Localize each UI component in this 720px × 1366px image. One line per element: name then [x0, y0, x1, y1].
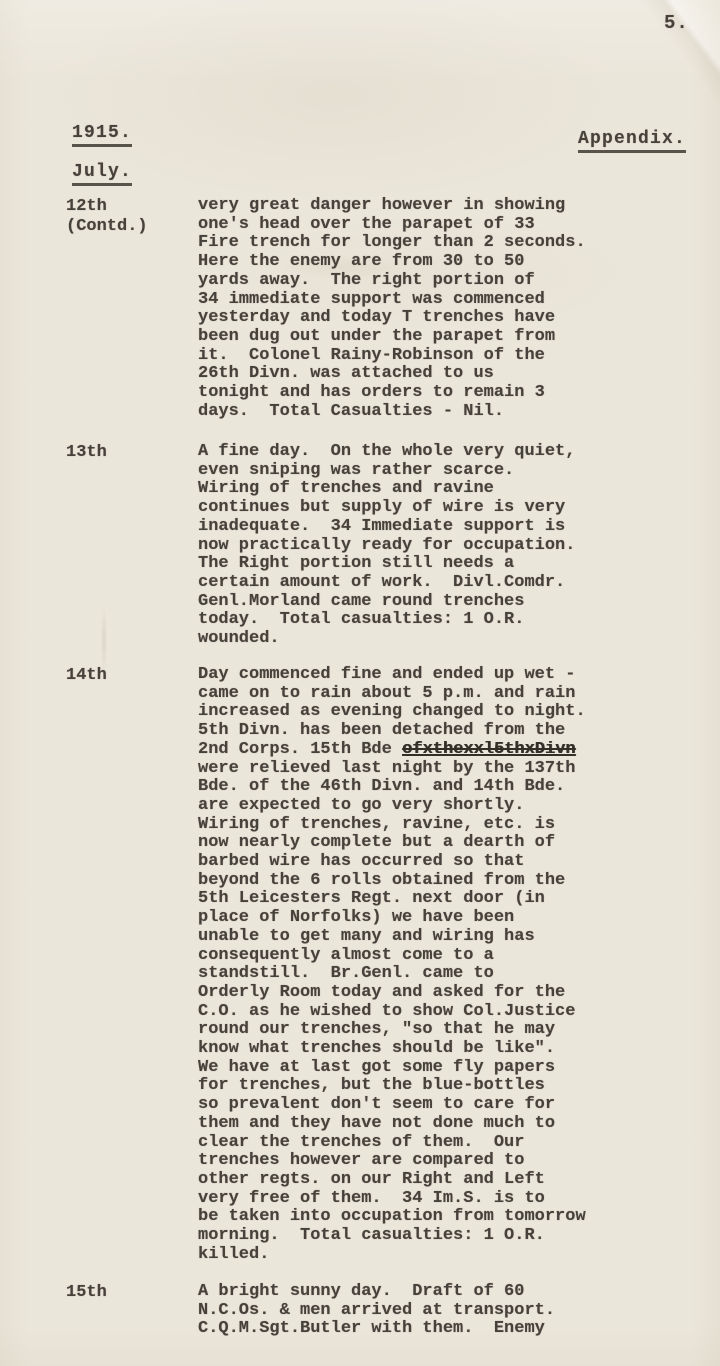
year-heading-text: 1915. [72, 123, 132, 147]
page-number: 5. [664, 12, 689, 34]
entry-date-label: 14th [66, 666, 107, 686]
entry-date-label: 12th (Contd.) [66, 197, 148, 236]
entry-body: A fine day. On the whole very quiet, eve… [198, 443, 575, 649]
entry-body: very great danger however in showing one… [198, 197, 586, 421]
appendix-heading: Appendix. [578, 129, 686, 153]
entry-date-label: 15th [66, 1283, 107, 1303]
appendix-heading-text: Appendix. [578, 129, 686, 153]
year-heading: 1915. [72, 123, 132, 147]
month-heading-text: July. [72, 162, 132, 186]
entry-body-text: were relieved last night by the 137th Bd… [198, 759, 586, 1264]
entry-body: Day commenced fine and ended up wet - ca… [198, 666, 586, 1265]
entry-body: A bright sunny day. Draft of 60 N.C.Os. … [198, 1283, 555, 1339]
entry-date-label: 13th [66, 443, 107, 463]
strikethrough-text: ofxthexxl5thxDivn [402, 740, 575, 759]
document-page: 5. 1915. Appendix. July. 12th (Contd.) v… [0, 0, 720, 1366]
month-heading: July. [72, 162, 132, 186]
